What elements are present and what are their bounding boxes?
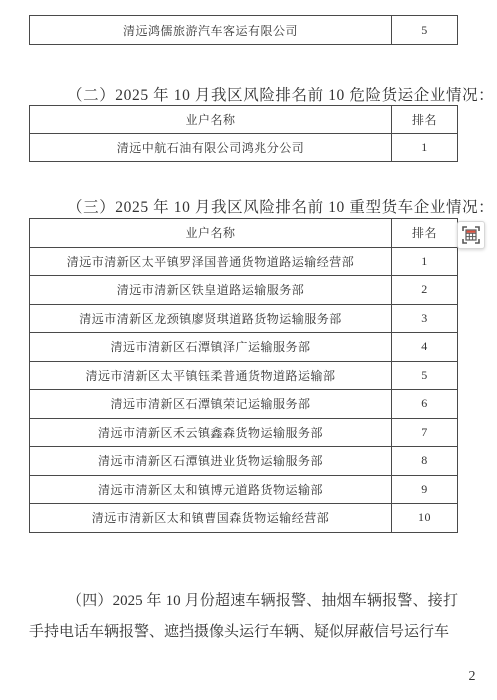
rank-cell: 6 bbox=[392, 390, 458, 419]
table-row: 清远市清新区石潭镇荣记运输服务部 6 bbox=[30, 390, 458, 419]
danger-cargo-table: 业户名称 排名 清远中航石油有限公司鸿兆分公司 1 bbox=[29, 105, 458, 162]
company-name-cell: 清远市清新区石潭镇泽广运输服务部 bbox=[30, 333, 392, 362]
table-row: 清远市清新区龙颈镇廖贤琪道路货物运输服务部 3 bbox=[30, 304, 458, 333]
carryover-table: 清远鸿儒旅游汽车客运有限公司 5 bbox=[29, 15, 458, 45]
column-header-rank: 排名 bbox=[392, 219, 458, 248]
table-row: 清远市清新区铁皇道路运输服务部 2 bbox=[30, 276, 458, 305]
column-header-name: 业户名称 bbox=[30, 106, 392, 134]
section-2-heading: （二）2025 年 10 月我区风险排名前 10 危险货运企业情况： bbox=[29, 83, 463, 105]
table-row: 清远鸿儒旅游汽车客运有限公司 5 bbox=[30, 16, 458, 45]
rank-cell: 2 bbox=[392, 276, 458, 305]
table-row: 清远市清新区太和镇博元道路货物运输部 9 bbox=[30, 475, 458, 504]
company-name-cell: 清远市清新区铁皇道路运输服务部 bbox=[30, 276, 392, 305]
rank-cell: 4 bbox=[392, 333, 458, 362]
company-name-cell: 清远市清新区石潭镇进业货物运输服务部 bbox=[30, 447, 392, 476]
company-name-cell: 清远市清新区太平镇罗泽国普通货物道路运输经营部 bbox=[30, 247, 392, 276]
rank-cell: 1 bbox=[392, 134, 458, 162]
company-name-cell: 清远市清新区石潭镇荣记运输服务部 bbox=[30, 390, 392, 419]
company-name-cell: 清远市清新区太和镇曹国森货物运输经营部 bbox=[30, 504, 392, 533]
page-number: 2 bbox=[464, 669, 480, 685]
company-name-cell: 清远鸿儒旅游汽车客运有限公司 bbox=[30, 16, 392, 45]
company-name-cell: 清远市清新区太和镇博元道路货物运输部 bbox=[30, 475, 392, 504]
rank-cell: 10 bbox=[392, 504, 458, 533]
rank-cell: 1 bbox=[392, 247, 458, 276]
document-page: 清远鸿儒旅游汽车客运有限公司 5 （二）2025 年 10 月我区风险排名前 1… bbox=[0, 0, 497, 700]
table-row: 清远市清新区太平镇钰柔普通货物道路运输部 5 bbox=[30, 361, 458, 390]
heavy-truck-table: 业户名称 排名 清远市清新区太平镇罗泽国普通货物道路运输经营部 1 清远市清新区… bbox=[29, 218, 458, 533]
section-4-paragraph: （四）2025 年 10 月份超速车辆报警、抽烟车辆报警、接打手持电话车辆报警、… bbox=[29, 586, 458, 648]
rank-cell: 7 bbox=[392, 418, 458, 447]
table-row: 清远市清新区太和镇曹国森货物运输经营部 10 bbox=[30, 504, 458, 533]
table-row: 清远市清新区石潭镇进业货物运输服务部 8 bbox=[30, 447, 458, 476]
table-tools-icon bbox=[461, 225, 481, 245]
company-name-cell: 清远中航石油有限公司鸿兆分公司 bbox=[30, 134, 392, 162]
table-row: 清远市清新区太平镇罗泽国普通货物道路运输经营部 1 bbox=[30, 247, 458, 276]
table-row: 清远市清新区石潭镇泽广运输服务部 4 bbox=[30, 333, 458, 362]
table-header-row: 业户名称 排名 bbox=[30, 219, 458, 248]
table-row: 清远市清新区禾云镇鑫森货物运输服务部 7 bbox=[30, 418, 458, 447]
rank-cell: 9 bbox=[392, 475, 458, 504]
company-name-cell: 清远市清新区太平镇钰柔普通货物道路运输部 bbox=[30, 361, 392, 390]
rank-cell: 8 bbox=[392, 447, 458, 476]
table-tools-button[interactable] bbox=[457, 221, 485, 249]
table-header-row: 业户名称 排名 bbox=[30, 106, 458, 134]
rank-cell: 5 bbox=[392, 16, 458, 45]
column-header-rank: 排名 bbox=[392, 106, 458, 134]
section-3-heading: （三）2025 年 10 月我区风险排名前 10 重型货车企业情况： bbox=[29, 195, 463, 217]
column-header-name: 业户名称 bbox=[30, 219, 392, 248]
company-name-cell: 清远市清新区龙颈镇廖贤琪道路货物运输服务部 bbox=[30, 304, 392, 333]
company-name-cell: 清远市清新区禾云镇鑫森货物运输服务部 bbox=[30, 418, 392, 447]
table-row: 清远中航石油有限公司鸿兆分公司 1 bbox=[30, 134, 458, 162]
rank-cell: 5 bbox=[392, 361, 458, 390]
rank-cell: 3 bbox=[392, 304, 458, 333]
